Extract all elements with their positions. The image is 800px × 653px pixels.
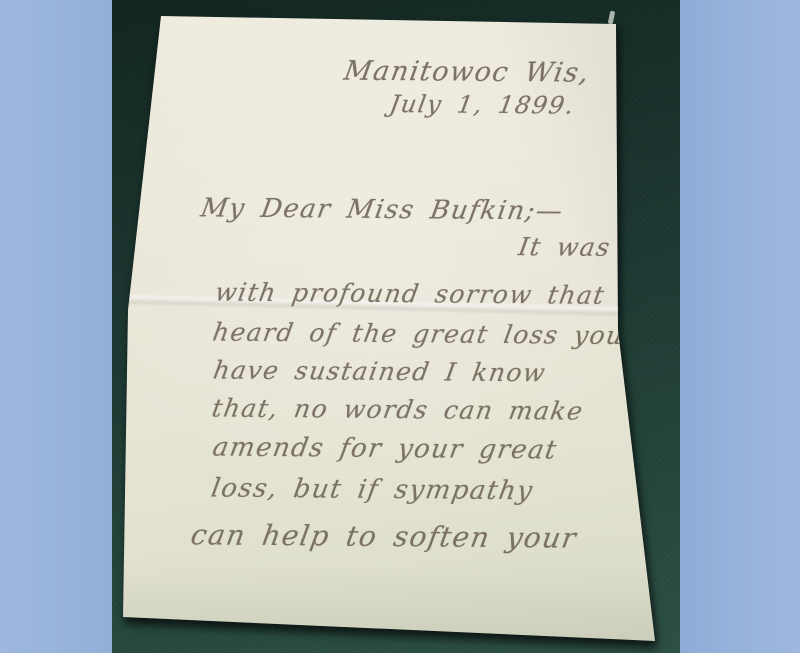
- letter-opening-fragment: It was: [516, 232, 613, 262]
- fold-crease: [114, 295, 674, 317]
- letter-line: have sustained I know: [211, 355, 548, 387]
- letter-line: with profound sorrow that I: [213, 277, 634, 310]
- letter-line: amends for your great: [210, 432, 559, 465]
- letter-line: heard of the great loss you: [211, 317, 627, 350]
- handwriting-layer: Manitowoc Wis, July 1, 1899. My Dear Mis…: [117, 12, 663, 653]
- letter-line: can help to soften your: [188, 518, 579, 554]
- mat-strip-left: [0, 0, 112, 653]
- mat-strip-right: [680, 0, 800, 653]
- letter-date: July 1, 1899.: [388, 90, 577, 120]
- letter-paper-wrap: Manitowoc Wis, July 1, 1899. My Dear Mis…: [120, 14, 660, 653]
- letter-line: that, no words can make: [210, 393, 586, 425]
- letter-paper: Manitowoc Wis, July 1, 1899. My Dear Mis…: [120, 14, 660, 653]
- letter-place: Manitowoc Wis,: [342, 56, 592, 89]
- letter-line: loss, but if sympathy: [209, 473, 536, 506]
- letter-salutation: My Dear Miss Bufkin;—: [199, 193, 566, 226]
